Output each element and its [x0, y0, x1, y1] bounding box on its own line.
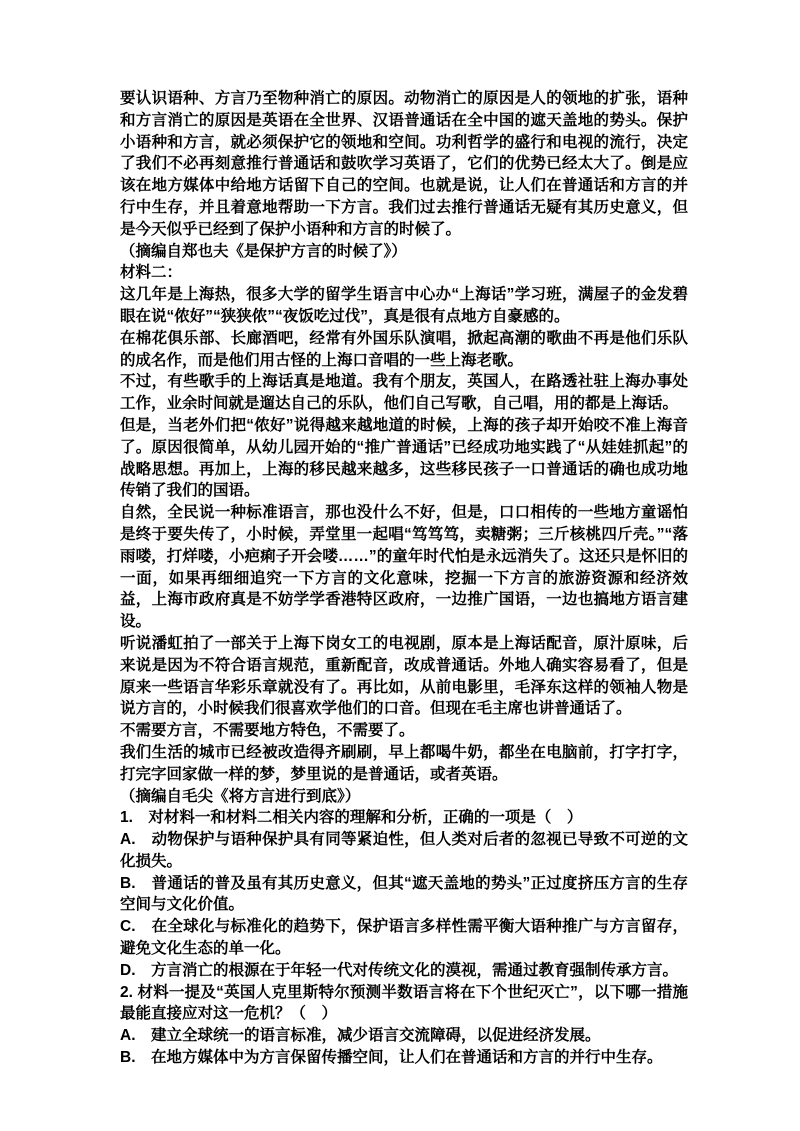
material-two-paragraph: 在棉花俱乐部、长廊酒吧，经常有外国乐队演唱，掀起高潮的歌曲不再是他们乐队的成名作… [120, 328, 688, 372]
material-two-paragraph: 但是，当老外们把“侬好”说得越来越地道的时候，上海的孩子却开始咬不准上海音了。原… [120, 415, 688, 502]
material-two-paragraph: 不过，有些歌手的上海话真是地道。我有个朋友，英国人，在路透社驻上海办事处工作，业… [120, 371, 688, 415]
material-two-source: （摘编自毛尖《将方言进行到底》） [120, 786, 688, 808]
material-one-source: （摘编自郑也夫《是保护方言的时候了》） [120, 241, 688, 263]
question-2-stem: 2. 材料一提及“英国人克里斯特尔预测半数语言将在下个世纪灭亡”，以下哪一措施最… [120, 982, 688, 1026]
material-two-paragraph: 听说潘虹拍了一部关于上海下岗女工的电视剧，原本是上海话配音，原汁原味，后来说是因… [120, 633, 688, 720]
question-2-option-b: B. 在地方媒体中为方言保留传播空间，让人们在普通话和方言的并行中生存。 [120, 1047, 688, 1069]
material-two-paragraph: 不需要方言，不需要地方特色，不需要了。 [120, 720, 688, 742]
question-1-option-b: B. 普通话的普及虽有其历史意义，但其“遮天盖地的势头”正过度挤压方言的生存空间… [120, 873, 688, 917]
question-2-option-a: A. 建立全球统一的语言标准，减少语言交流障碍，以促进经济发展。 [120, 1025, 688, 1047]
question-1-option-d: D. 方言消亡的根源在于年轻一代对传统文化的漠视，需通过教育强制传承方言。 [120, 960, 688, 982]
document-page: 要认识语种、方言乃至物种消亡的原因。动物消亡的原因是人的领地的扩张，语种和方言消… [0, 0, 800, 1131]
material-one-paragraph: 要认识语种、方言乃至物种消亡的原因。动物消亡的原因是人的领地的扩张，语种和方言消… [120, 88, 688, 241]
material-two-paragraph: 我们生活的城市已经被改造得齐刷刷，早上都喝牛奶，都坐在电脑前，打字打字，打完字回… [120, 742, 688, 786]
question-1-option-c: C. 在全球化与标准化的趋势下，保护语言多样性需平衡大语种推广与方言留存，避免文… [120, 916, 688, 960]
material-two-paragraph: 这几年是上海热，很多大学的留学生语言中心办“上海话”学习班，满屋子的金发碧眼在说… [120, 284, 688, 328]
material-two-paragraph: 自然，全民说一种标准语言，那也没什么不好，但是，口口相传的一些地方童谣怕是终于要… [120, 502, 688, 633]
question-1-stem: 1. 对材料一和材料二相关内容的理解和分析，正确的一项是（ ） [120, 807, 688, 829]
question-1-option-a: A. 动物保护与语种保护具有同等紧迫性，但人类对后者的忽视已导致不可逆的文化损失… [120, 829, 688, 873]
material-two-label: 材料二： [120, 262, 688, 284]
